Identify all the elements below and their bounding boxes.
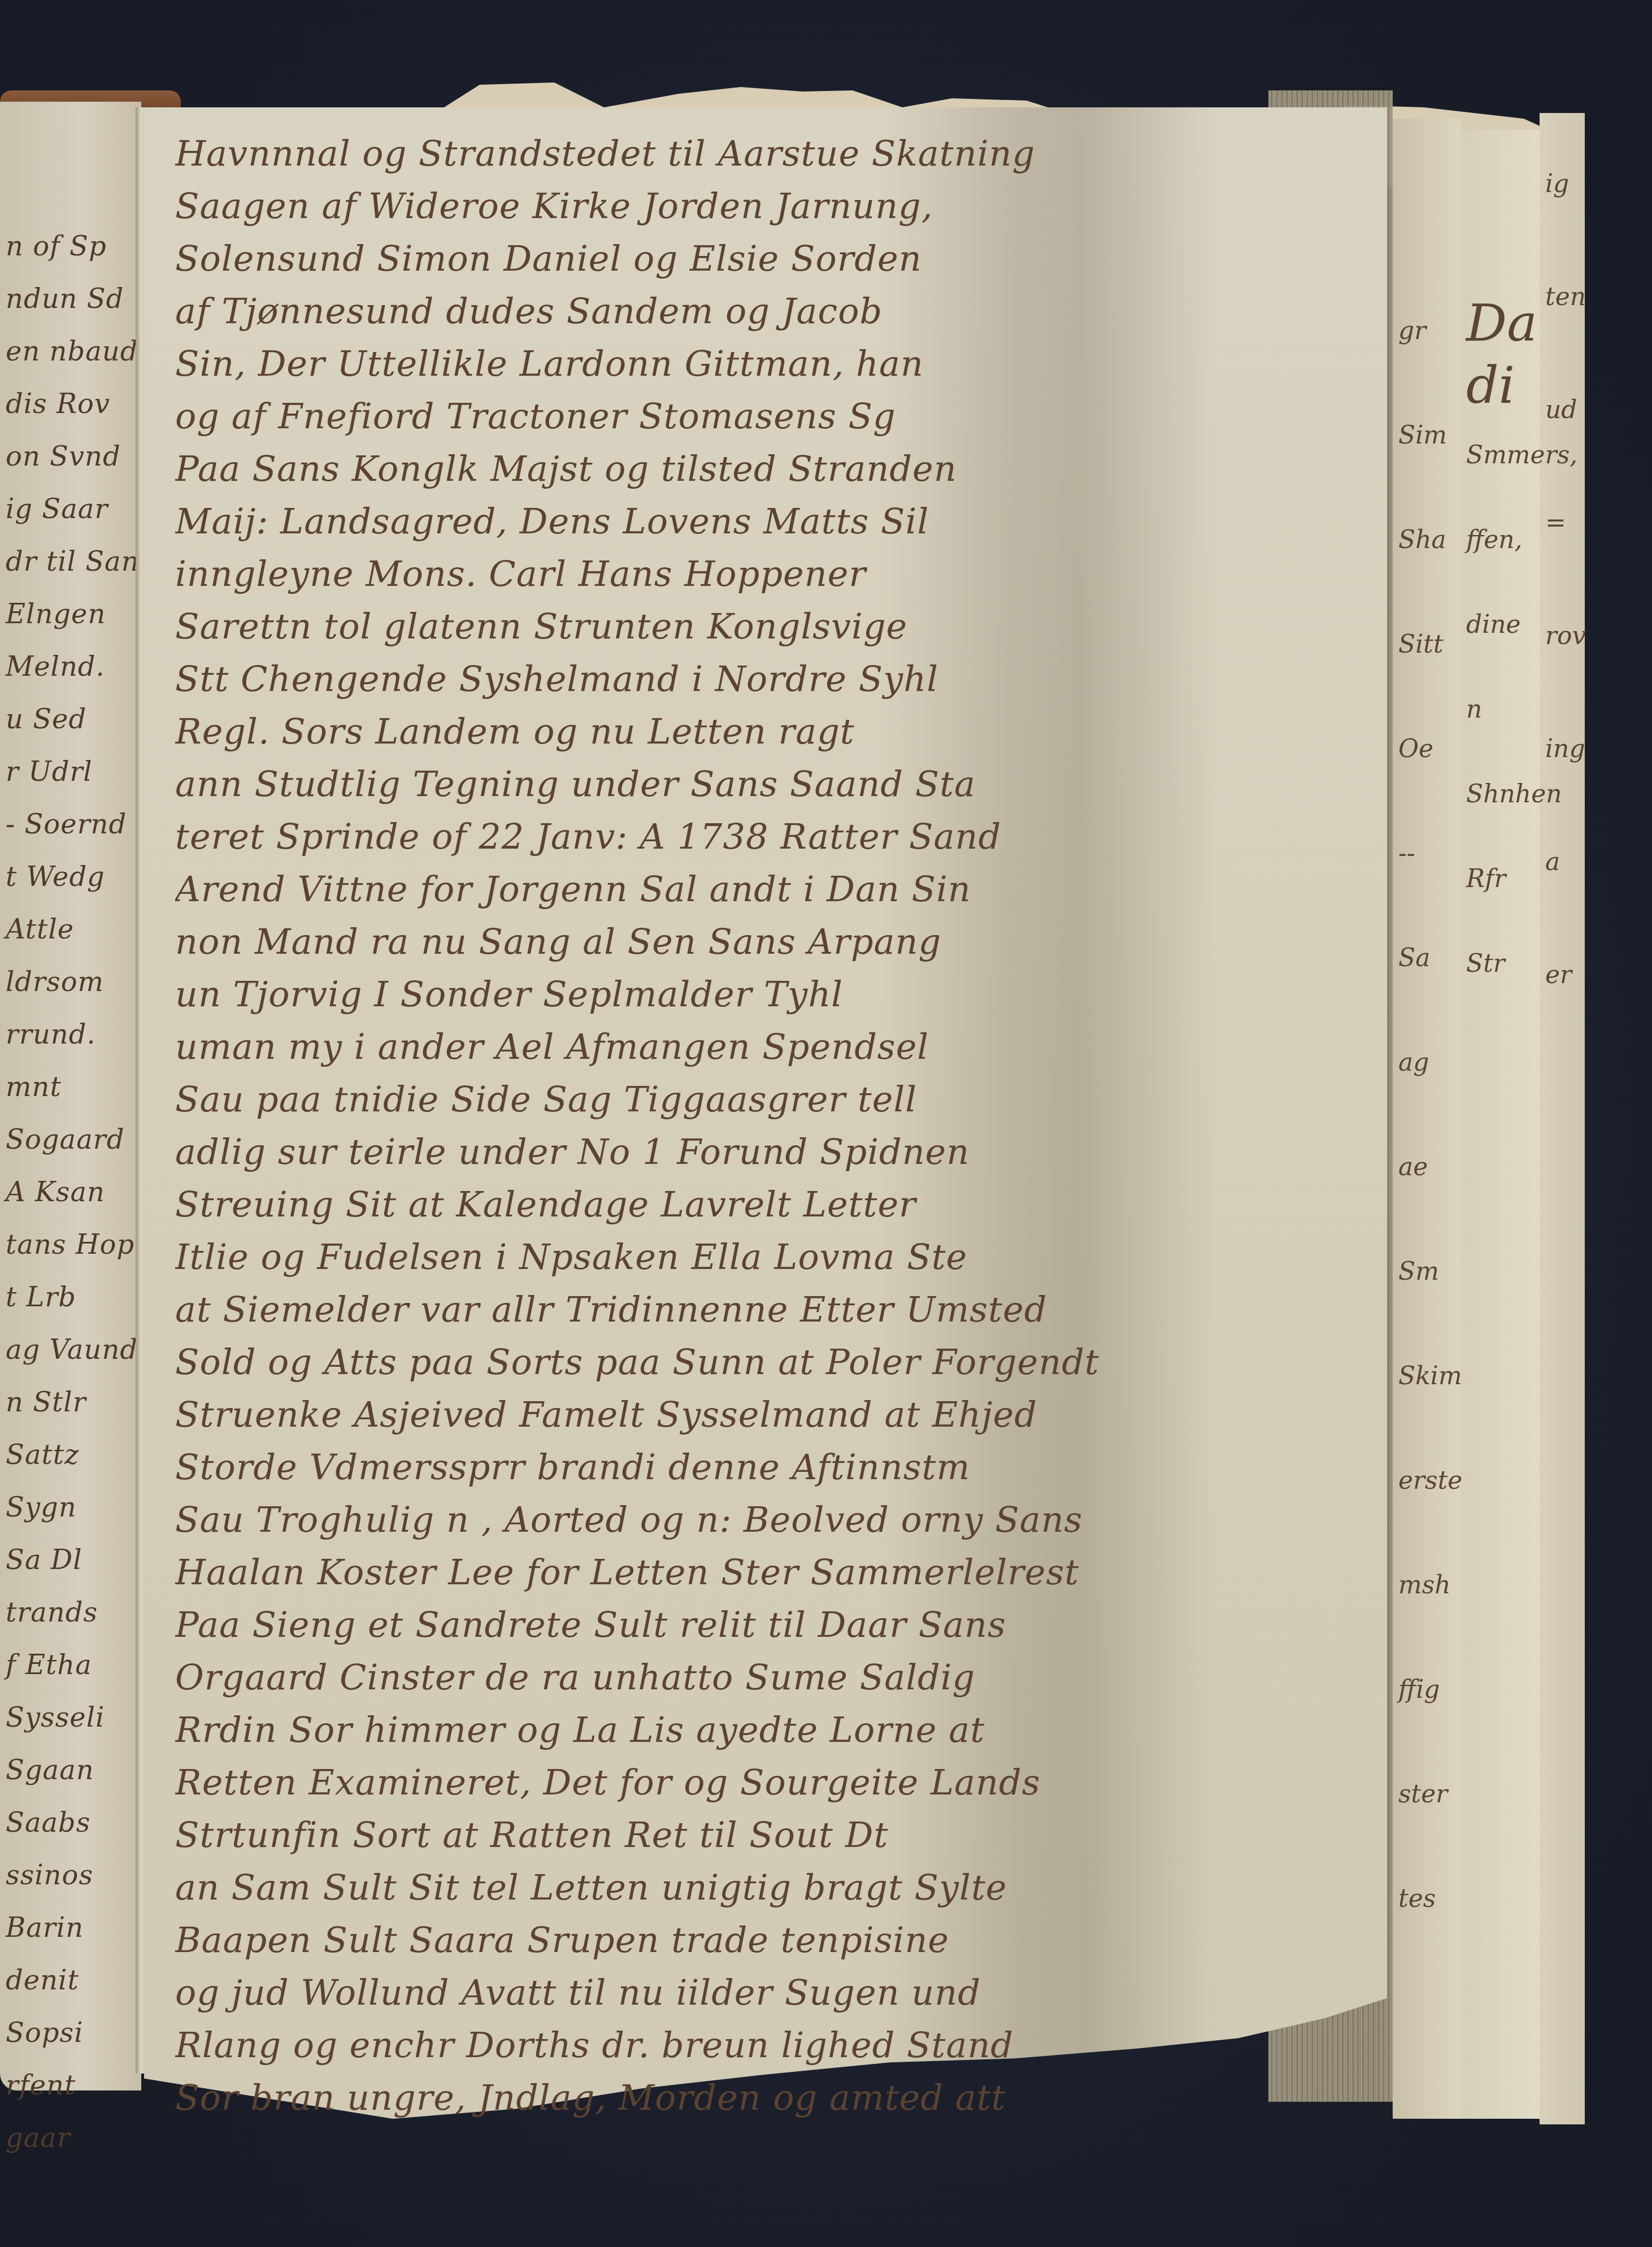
slip-word: ffig [1398, 1675, 1440, 1704]
inserted-slip-1 [1393, 119, 1460, 2119]
handwritten-line: Streuing Sit at Kalendage Lavrelt Letter [175, 1178, 1277, 1231]
slip-word: ud [1545, 395, 1577, 424]
handwritten-line: uman my i ander Ael Afmangen Spendsel [175, 1020, 1277, 1073]
handwritten-line: Paa Sieng et Sandrete Sult relit til Daa… [175, 1598, 1277, 1651]
handwritten-line: Storde Vdmerssprr brandi denne Aftinnstm [175, 1441, 1277, 1493]
slip-heading-word: Da [1466, 294, 1537, 353]
slip-word: Skim [1398, 1362, 1462, 1390]
handwritten-line: denit [0, 1954, 136, 2007]
handwritten-line: A Ksan [0, 1166, 136, 1219]
handwritten-line: rrund. [0, 1009, 136, 1061]
handwritten-line: Elngen [0, 588, 136, 641]
handwritten-line: Solensund Simon Daniel og Elsie Sorden [175, 232, 1277, 285]
handwritten-line: Attle [0, 903, 136, 956]
handwritten-line: u Sed [0, 693, 136, 746]
slip-word: dine [1466, 610, 1521, 639]
handwritten-line: mnt [0, 1061, 136, 1114]
handwritten-line: trands [0, 1587, 136, 1639]
handwritten-line: inngleyne Mons. Carl Hans Hoppener [175, 547, 1277, 600]
handwritten-line: dis Rov [0, 378, 136, 431]
slip-word: erste [1398, 1466, 1462, 1495]
slip-word: ing [1545, 734, 1585, 763]
handwritten-line: Retten Examineret, Det for og Sourgeite … [175, 1756, 1277, 1809]
handwritten-line: Baapen Sult Saara Srupen trade tenpisine [175, 1914, 1277, 1966]
handwritten-line: adlig sur teirle under No 1 Forund Spidn… [175, 1125, 1277, 1178]
slip-word: Shnhen [1466, 780, 1562, 809]
main-page-text: Havnnnal og Strandstedet til Aarstue Ska… [175, 127, 1277, 2124]
slip-word: Sha [1398, 525, 1446, 554]
handwritten-line: ndun Sd [0, 273, 136, 325]
handwritten-line: t Lrb [0, 1271, 136, 1324]
handwritten-line: tans Hop [0, 1219, 136, 1271]
handwritten-line: ig Saar [0, 483, 136, 536]
handwritten-line: og jud Wollund Avatt til nu iilder Sugen… [175, 1966, 1277, 2019]
slip-word: Sa [1398, 944, 1430, 972]
handwritten-line: Maij: Landsagred, Dens Lovens Matts Sil [175, 495, 1277, 547]
inserted-slip-2 [1460, 130, 1540, 2119]
handwritten-line: en nbaud [0, 325, 136, 378]
handwritten-line: ann Studtlig Tegning under Sans Saand St… [175, 758, 1277, 810]
handwritten-line: Sattz [0, 1429, 136, 1481]
handwritten-line: Sgaan [0, 1744, 136, 1797]
slip-word: ffen, [1466, 525, 1523, 554]
slip-word: gr [1398, 316, 1426, 345]
slip-word: -- [1398, 839, 1415, 868]
handwritten-line: r Udrl [0, 746, 136, 798]
handwritten-line: non Mand ra nu Sang al Sen Sans Arpang [175, 915, 1277, 968]
handwritten-line: ag Vaund [0, 1324, 136, 1376]
handwritten-line: Sau paa tnidie Side Sag Tiggaasgrer tell [175, 1073, 1277, 1125]
handwritten-line: Sygn [0, 1481, 136, 1534]
handwritten-line: Sogaard [0, 1114, 136, 1166]
handwritten-line: - Soernd [0, 798, 136, 851]
handwritten-line: Orgaard Cinster de ra unhatto Sume Saldi… [175, 1651, 1277, 1703]
slip-word: ae [1398, 1153, 1428, 1181]
slip-word: Sim [1398, 421, 1447, 450]
handwritten-line: rfent [0, 2059, 136, 2112]
handwritten-line: t Wedg [0, 851, 136, 903]
slip-word: er [1545, 960, 1572, 989]
slip-word: Str [1466, 949, 1505, 978]
handwritten-line: teret Sprinde of 22 Janv: A 1738 Ratter … [175, 810, 1277, 863]
handwritten-line: Haalan Koster Lee for Letten Ster Sammer… [175, 1546, 1277, 1598]
handwritten-line: an Sam Sult Sit tel Letten unigtig bragt… [175, 1861, 1277, 1914]
handwritten-line: ssinos [0, 1849, 136, 1902]
handwritten-line: Sor bran ungre, Jndlag, Morden og amted … [175, 2071, 1277, 2124]
left-page-text: n of Spndun Sden nbauddis Rovon Svndig S… [0, 220, 136, 2165]
handwritten-line: Havnnnal og Strandstedet til Aarstue Ska… [175, 127, 1277, 180]
slip-heading-word: di [1466, 356, 1515, 415]
handwritten-line: Stt Chengende Syshelmand i Nordre Syhl [175, 653, 1277, 705]
handwritten-line: Saabs [0, 1797, 136, 1849]
slip-word: tes [1398, 1884, 1436, 1913]
slip-word: Rfr [1466, 864, 1506, 893]
handwritten-line: Strtunfin Sort at Ratten Ret til Sout Dt [175, 1809, 1277, 1861]
left-page: n of Spndun Sden nbauddis Rovon Svndig S… [0, 102, 141, 2090]
handwritten-line: dr til Sand [0, 536, 136, 588]
handwritten-line: Struenke Asjeived Famelt Sysselmand at E… [175, 1388, 1277, 1441]
handwritten-line: Saagen af Wideroe Kirke Jorden Jarnung, [175, 180, 1277, 232]
slip-word: ag [1398, 1048, 1429, 1077]
handwritten-line: n Stlr [0, 1376, 136, 1429]
slip-word: Smmers, [1466, 441, 1577, 470]
slip-word: Sm [1398, 1257, 1439, 1286]
handwritten-line: Regl. Sors Landem og nu Letten ragt [175, 705, 1277, 758]
handwritten-line: Melnd. [0, 641, 136, 693]
handwritten-line: Itlie og Fudelsen i Npsaken Ella Lovma S… [175, 1231, 1277, 1283]
handwritten-line: Sysseli [0, 1692, 136, 1744]
handwritten-line: un Tjorvig I Sonder Seplmalder Tyhl [175, 968, 1277, 1020]
handwritten-line: on Svnd [0, 431, 136, 483]
handwritten-line: at Siemelder var allr Tridinnenne Etter … [175, 1283, 1277, 1336]
handwritten-line: Sarettn tol glatenn Strunten Konglsvige [175, 600, 1277, 653]
slip-word: a [1545, 847, 1560, 876]
handwritten-line: Barin [0, 1902, 136, 1954]
slip-word: = [1545, 508, 1566, 537]
handwritten-line: Sa Dl [0, 1534, 136, 1587]
slip-word: ster [1398, 1780, 1447, 1809]
handwritten-line: n of Sp [0, 220, 136, 273]
handwritten-line: og af Fnefiord Tractoner Stomasens Sg [175, 390, 1277, 442]
handwritten-line: Arend Vittne for Jorgenn Sal andt i Dan … [175, 863, 1277, 915]
handwritten-line: Paa Sans Konglk Majst og tilsted Strande… [175, 442, 1277, 495]
slip-word: ig [1545, 169, 1569, 198]
handwritten-line: Rlang og enchr Dorths dr. breun lighed S… [175, 2019, 1277, 2071]
handwritten-line: Sopsi [0, 2007, 136, 2059]
slip-word: ten [1545, 282, 1586, 311]
slip-word: msh [1398, 1571, 1451, 1600]
handwritten-line: Sau Troghulig n , Aorted og n: Beolved o… [175, 1493, 1277, 1546]
handwritten-line: ldrsom [0, 956, 136, 1009]
handwritten-line: f Etha [0, 1639, 136, 1692]
handwritten-line: Sin, Der Uttellikle Lardonn Gittman, han [175, 337, 1277, 390]
slip-word: n [1466, 695, 1482, 724]
slip-word: Sitt [1398, 630, 1444, 659]
handwritten-line: Rrdin Sor himmer og La Lis ayedte Lorne … [175, 1703, 1277, 1756]
slip-word: Oe [1398, 734, 1433, 763]
handwritten-line: af Tjønnesund dudes Sandem og Jacob [175, 285, 1277, 337]
slip-word: rov [1545, 621, 1586, 650]
handwritten-line: Sold og Atts paa Sorts paa Sunn at Poler… [175, 1336, 1277, 1388]
handwritten-line: gaar [0, 2112, 136, 2165]
